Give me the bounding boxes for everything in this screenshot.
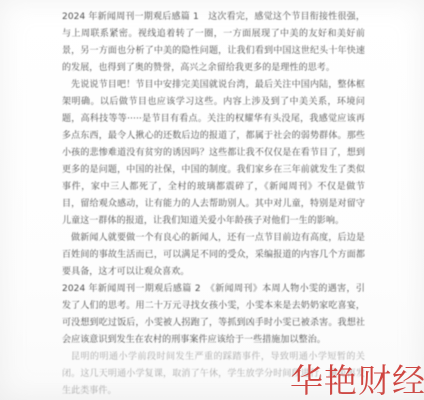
paragraph-essay-1-intro: 2024 年新闻周刊一期观后感篇 1 这次看完，感觉这个节目衔接性很强，与上周联… — [62, 9, 365, 77]
paragraph-essay-1-conclusion: 做新闻人就要做一个有良心的新闻人，还有一点节目前边有高度，后边是百姓间的事故生活… — [62, 230, 365, 281]
essay-text-block: 2024 年新闻周刊一期观后感篇 1 这次看完，感觉这个节目衔接性很强，与上周联… — [62, 9, 365, 400]
paragraph-essay-2-intro: 2024 年新闻周刊一期观后感篇 2 《新闻周刊》本周人物小雯的遇害，引发了人们… — [62, 281, 365, 349]
watermark-text: 华艳财经 — [290, 364, 424, 397]
document-page: 2024 年新闻周刊一期观后感篇 1 这次看完，感觉这个节目衔接性很强，与上周联… — [0, 0, 424, 400]
paragraph-essay-1-body: 先说说节目吧！节目中安排完美国就说台湾，最后关注中国内陆，整体框架明确。以后做节… — [62, 77, 365, 230]
